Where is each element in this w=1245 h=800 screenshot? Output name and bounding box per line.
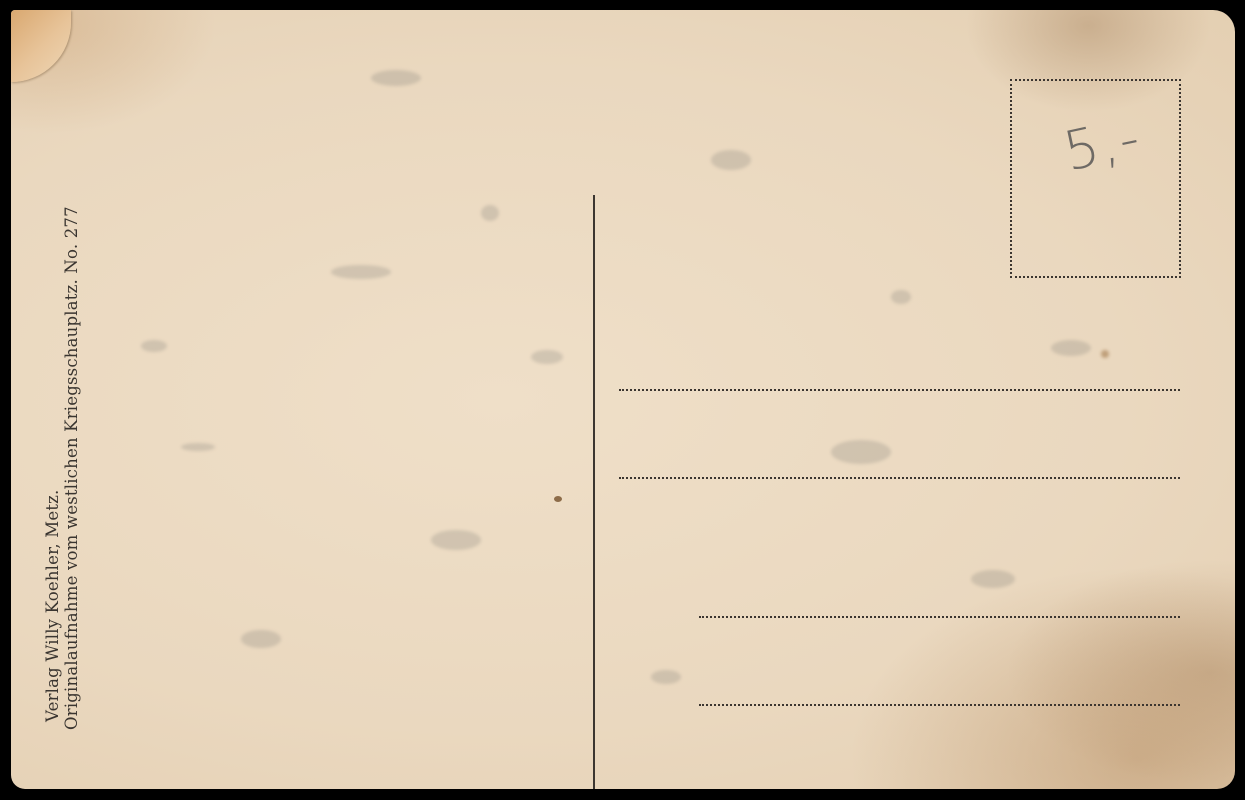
paper-speckle [331,265,391,279]
brown-spot [1101,350,1109,358]
brown-spot [554,496,562,502]
address-line-4 [699,704,1180,706]
paper-speckle [431,530,481,550]
publisher-imprint: Verlag Willy Koehler, Metz. Originalaufn… [43,206,81,730]
imprint-caption: Originalaufnahme vom westlichen Kriegssc… [62,206,81,730]
postcard-back: Verlag Willy Koehler, Metz. Originalaufn… [11,10,1235,789]
imprint-publisher: Verlag Willy Koehler, Metz. [43,206,62,730]
paper-speckle [891,290,911,304]
paper-speckle [831,440,891,464]
paper-speckle [181,443,215,451]
paper-speckle [371,70,421,86]
stamp-box: 5,- [1010,79,1181,278]
paper-speckle [241,630,281,648]
paper-speckle [971,570,1015,588]
paper-speckle [141,340,167,352]
paper-speckle [481,205,499,221]
paper-speckle [531,350,563,364]
folded-corner [11,10,71,82]
address-line-2 [619,477,1180,479]
message-address-divider [593,195,595,789]
paper-speckle [1051,340,1091,356]
address-line-3 [699,616,1180,618]
address-line-1 [619,389,1180,391]
handwritten-price-note: 5,- [1058,106,1146,184]
paper-speckle [651,670,681,684]
paper-speckle [711,150,751,170]
